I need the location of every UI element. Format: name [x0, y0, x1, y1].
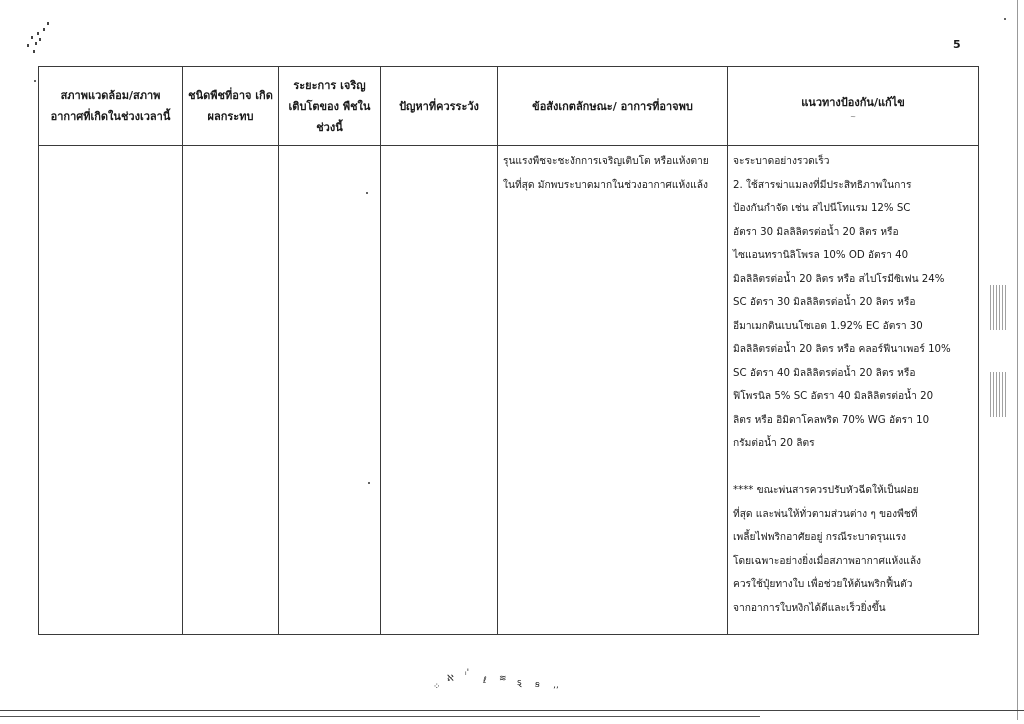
cell-environment: [39, 146, 183, 635]
header-line: ปัญหาที่ควรระวัง: [399, 100, 479, 113]
prevention-line: อีมาเมกตินเบนโซเอต 1.92% EC อัตรา 30: [733, 315, 973, 339]
note-line: ที่สุด และพ่นให้ทั่วตามส่วนต่าง ๆ ของพืช…: [733, 503, 973, 527]
table-header-row: สภาพแวดล้อม/สภาพ อากาศที่เกิดในช่วงเวลาน…: [39, 67, 979, 146]
prevention-line: กรัมต่อน้ำ 20 ลิตร: [733, 432, 973, 456]
scan-artifact: [25, 20, 60, 60]
cell-prevention: จะระบาดอย่างรวดเร็ว 2. ใช้สารฆ่าแมลงที่ม…: [728, 146, 979, 635]
header-line: ระยะการ: [293, 79, 336, 92]
header-line: อาการที่อาจพบ: [621, 100, 693, 113]
prevention-line: จะระบาดอย่างรวดเร็ว: [733, 150, 973, 174]
scan-mark: ~: [732, 113, 974, 121]
header-line: ชนิดพืชที่อาจ: [188, 89, 251, 102]
pest-advisory-table: สภาพแวดล้อม/สภาพ อากาศที่เกิดในช่วงเวลาน…: [38, 66, 979, 635]
prevention-line: SC อัตรา 40 มิลลิลิตรต่อน้ำ 20 ลิตร หรือ: [733, 362, 973, 386]
header-line: สภาพแวดล้อม/สภาพ: [61, 89, 161, 102]
footer-rule: [0, 716, 760, 717]
header-prevention: แนวทางป้องกัน/แก้ไข ~: [728, 67, 979, 146]
prevention-line: ฟิโพรนิล 5% SC อัตรา 40 มิลลิลิตรต่อน้ำ …: [733, 385, 973, 409]
prevention-line: ป้องกันกำจัด เช่น สไปนีโทแรม 12% SC: [733, 197, 973, 221]
note-line: จากอาการใบหงิกได้ดีและเร็วยิ่งขึ้น: [733, 597, 973, 621]
header-environment: สภาพแวดล้อม/สภาพ อากาศที่เกิดในช่วงเวลาน…: [39, 67, 183, 146]
side-stamp-mark: [990, 372, 1006, 417]
prevention-line: ไซแอนทรานิลิโพรล 10% OD อัตรา 40: [733, 244, 973, 268]
signature-stamp: ⁘ℵ ᵢ'ℓ ≋ȿ ꞩʼʼ: [425, 660, 605, 705]
footer-rule: [0, 710, 1024, 711]
table-row: รุนแรงพืชจะชะงักการเจริญเติบโต หรือแห้งต…: [39, 146, 979, 635]
scan-speck: [34, 80, 36, 82]
header-growth-stage: ระยะการ เจริญเติบโตของ พืชในช่วงนี้: [279, 67, 381, 146]
header-problem: ปัญหาที่ควรระวัง: [381, 67, 498, 146]
prevention-line: มิลลิลิตรต่อน้ำ 20 ลิตร หรือ สไปโรมีซิเฟ…: [733, 268, 973, 292]
prevention-line: อัตรา 30 มิลลิลิตรต่อน้ำ 20 ลิตร หรือ: [733, 221, 973, 245]
prevention-line: 2. ใช้สารฆ่าแมลงที่มีประสิทธิภาพในการ: [733, 174, 973, 198]
header-affected-crop: ชนิดพืชที่อาจ เกิดผลกระทบ: [183, 67, 279, 146]
note-line: **** ขณะพ่นสารควรปรับหัวฉีดให้เป็นฝอย: [733, 479, 973, 503]
symptom-line: รุนแรงพืชจะชะงักการเจริญเติบโต หรือแห้งต…: [503, 150, 722, 174]
note-line: ควรใช้ปุ๋ยทางใบ เพื่อช่วยให้ต้นพริกฟื้นต…: [733, 573, 973, 597]
header-line: อากาศที่เกิดในช่วงเวลานี้: [51, 110, 171, 123]
spacer: [733, 456, 973, 480]
header-line: แนวทางป้องกัน/แก้ไข: [801, 96, 905, 109]
cell-symptoms: รุนแรงพืชจะชะงักการเจริญเติบโต หรือแห้งต…: [498, 146, 728, 635]
header-line: ข้อสังเกตลักษณะ/: [532, 100, 617, 113]
scan-speck: [1004, 18, 1006, 20]
prevention-line: มิลลิลิตรต่อน้ำ 20 ลิตร หรือ คลอร์ฟีนาเพ…: [733, 338, 973, 362]
side-stamp-mark: [990, 285, 1006, 330]
cell-growth-stage: [279, 146, 381, 635]
header-symptoms: ข้อสังเกตลักษณะ/ อาการที่อาจพบ: [498, 67, 728, 146]
note-line: เพลี้ยไฟพริกอาศัยอยู่ กรณีระบาดรุนแรง: [733, 526, 973, 550]
cell-affected-crop: [183, 146, 279, 635]
prevention-line: SC อัตรา 30 มิลลิลิตรต่อน้ำ 20 ลิตร หรือ: [733, 291, 973, 315]
page-number: 5: [953, 38, 961, 51]
cell-problem: [381, 146, 498, 635]
scan-page-edge: [1017, 0, 1018, 720]
symptom-line: ในที่สุด มักพบระบาดมากในช่วงอากาศแห้งแล้…: [503, 174, 722, 198]
note-line: โดยเฉพาะอย่างยิ่งเมื่อสภาพอากาศแห้งแล้ง: [733, 550, 973, 574]
prevention-line: ลิตร หรือ อิมิดาโคลพริด 70% WG อัตรา 10: [733, 409, 973, 433]
